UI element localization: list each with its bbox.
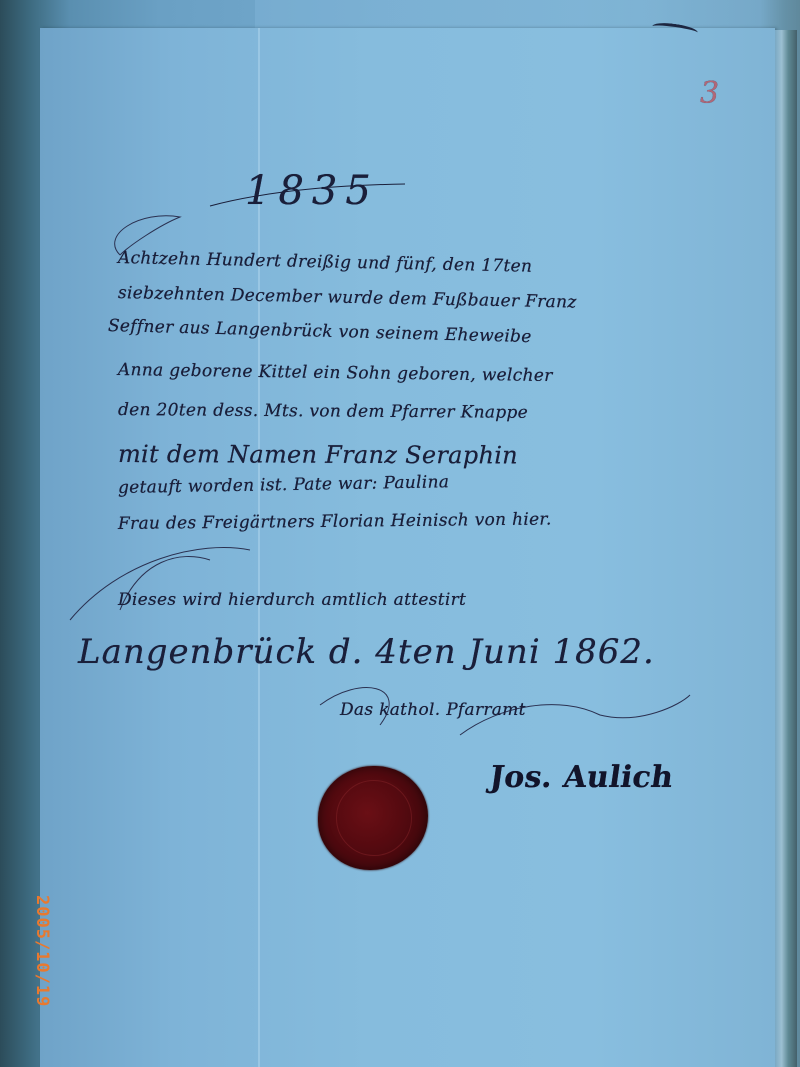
attestation-line: Dieses wird hierdurch amtlich attestirt (118, 590, 466, 610)
parish-office: Das kathol. Pfarramt (340, 700, 526, 720)
margin-flourish (60, 520, 260, 630)
signature: Jos. Aulich (488, 760, 676, 795)
seal-impression (336, 780, 412, 856)
page-stack-edge (775, 30, 797, 1067)
year-heading: 1835 (245, 168, 379, 214)
page-number: 3 (700, 76, 719, 111)
body-line-5: den 20ten dess. Mts. von dem Pfarrer Kna… (118, 400, 528, 423)
body-line-6-child-name: mit dem Namen Franz Seraphin (118, 440, 518, 469)
camera-date-stamp: 2005/10/19 (32, 895, 52, 1007)
